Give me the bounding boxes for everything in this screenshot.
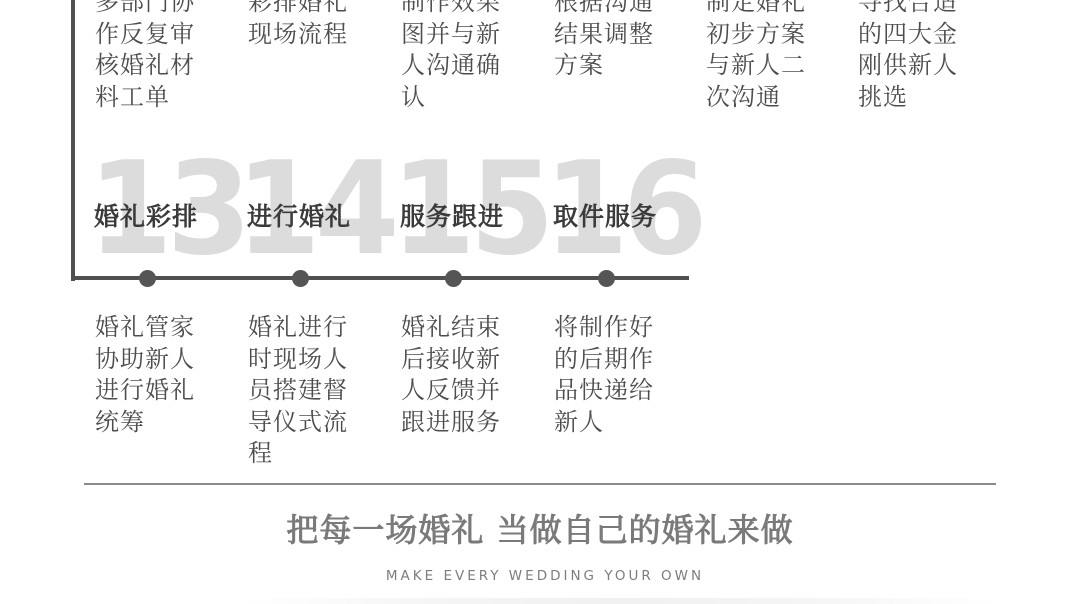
timeline-vertical-line	[71, 0, 75, 281]
timeline-dot-icon	[598, 270, 615, 287]
step-description: 婚礼进行 时现场人 员搭建督 导仪式流 程	[248, 312, 368, 470]
timeline-dot-icon	[139, 270, 156, 287]
section-divider	[84, 483, 996, 485]
step-description-continuation: 制定婚礼 初步方案 与新人二 次沟通	[706, 0, 826, 113]
step-description-continuation: 多部门协 作反复审 核婚礼材 料工单	[95, 0, 215, 113]
step-description: 婚礼管家 协助新人 进行婚礼 统筹	[95, 312, 215, 438]
timeline-dot-icon	[292, 270, 309, 287]
step-title: 取件服务	[553, 200, 657, 234]
step-title: 服务跟进	[400, 200, 504, 234]
step-title: 婚礼彩排	[94, 200, 198, 234]
timeline-dot-icon	[445, 270, 462, 287]
step-title: 进行婚礼	[247, 200, 351, 234]
slogan-chinese: 把每一场婚礼 当做自己的婚礼来做	[0, 508, 1080, 552]
cropped-bottom-content	[240, 598, 1000, 604]
step-description: 将制作好 的后期作 品快递给 新人	[554, 312, 674, 438]
step-description: 婚礼结束 后接收新 人反馈并 跟进服务	[401, 312, 521, 438]
step-description-continuation: 制作效果 图并与新 人沟通确 认	[401, 0, 521, 113]
step-description-continuation: 根据沟通 结果调整 方案	[554, 0, 674, 82]
step-description-continuation: 彩排婚礼 现场流程	[248, 0, 368, 50]
step-description-continuation: 寻找合适 的四大金 刚供新人 挑选	[858, 0, 978, 113]
slogan-english: MAKE EVERY WEDDING YOUR OWN	[0, 566, 1080, 586]
